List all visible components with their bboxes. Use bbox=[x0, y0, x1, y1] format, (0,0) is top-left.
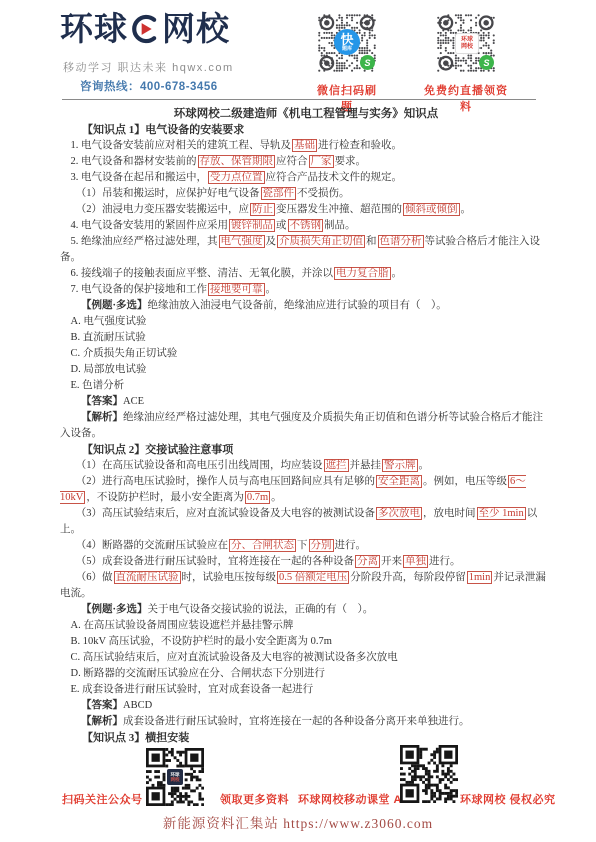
paragraph-text: 进行。 bbox=[335, 540, 367, 551]
footer-label-materials: 领取更多资料 bbox=[220, 791, 289, 807]
doc-body: 环球网校二级建造师《机电工程管理与实务》知识点【知识点 1】电气设备的安装要求1… bbox=[60, 106, 552, 746]
doc-paragraph: E. 成套设备进行耐压试验时，宜对成套设备一起进行 bbox=[60, 682, 552, 698]
knowledge-point-heading: 【知识点 2】交接试验注意事项 bbox=[60, 442, 552, 458]
doc-paragraph: 2. 电气设备和器材安装前的存放、保管期限应符合厂家要求。 bbox=[60, 154, 552, 170]
doc-paragraph: C. 高压试验结束后，应对直流试验设备及大电容的被测试设备多次放电 bbox=[60, 650, 552, 666]
doc-paragraph: 【答案】ABCD bbox=[60, 698, 552, 714]
highlighted-term: 直流耐压试验 bbox=[114, 571, 181, 584]
doc-paragraph: （4）断路器的交流耐压试验应在分、合闸状态下分别进行。 bbox=[60, 538, 552, 554]
paragraph-text: （5）成套设备进行耐压试验时，宜将连接在一起的各种设备 bbox=[76, 556, 354, 567]
paragraph-text: E. 色谱分析 bbox=[71, 380, 125, 391]
paragraph-text: 变压器发生冲撞、超范围的 bbox=[276, 204, 402, 215]
doc-paragraph: （6）做直流耐压试验时，试验电压按每级0.5 倍额定电压分阶段升高，每阶段停留1… bbox=[60, 570, 552, 602]
qr-code-app bbox=[400, 745, 458, 803]
qr-code-official-account: 环球 网校 bbox=[146, 748, 204, 806]
highlighted-term: 不锈钢 bbox=[288, 219, 324, 232]
doc-paragraph: E. 色谱分析 bbox=[60, 378, 552, 394]
paragraph-text: （1）在高压试验设备和高电压引出线周围，均应装设 bbox=[76, 460, 323, 471]
paragraph-text: ABCD bbox=[123, 700, 152, 711]
paragraph-text: 【知识点 1】电气设备的安装要求 bbox=[82, 124, 244, 136]
doc-paragraph: 4. 电气设备安装用的紧固件应采用镀锌制品或不锈钢制品。 bbox=[60, 218, 552, 234]
paragraph-text: D. 局部放电试验 bbox=[71, 364, 147, 375]
paragraph-text: B. 10kV 高压试验，不设防护栏时的最小安全距离为 0.7m bbox=[71, 636, 332, 647]
paragraph-text: 。 bbox=[419, 460, 430, 471]
logo-text-left: 环球 bbox=[60, 12, 128, 45]
logo-text-right: 网校 bbox=[162, 12, 230, 45]
paragraph-text: 【知识点 3】横担安装 bbox=[82, 732, 189, 744]
paragraph-text: （6）做 bbox=[76, 572, 113, 583]
highlighted-term: 分、合闸状态 bbox=[229, 539, 296, 552]
paragraph-text: （1）吊装和搬运时，应保护好电气设备 bbox=[76, 188, 260, 199]
highlighted-term: 遮拦 bbox=[324, 459, 349, 472]
paragraph-text: 5. 绝缘油应经严格过滤处理，其 bbox=[71, 236, 218, 247]
paragraph-label: 【例题·多选】 bbox=[81, 604, 148, 615]
highlighted-term: 瓷部件 bbox=[261, 187, 297, 200]
doc-paragraph: A. 电气强度试验 bbox=[60, 314, 552, 330]
paragraph-text: 应符合产品技术文件的规定。 bbox=[266, 172, 403, 183]
paragraph-text: 绝缘油放入油浸电气设备前，绝缘油应进行试验的项目有（ ）。 bbox=[148, 300, 447, 311]
paragraph-text: 2. 电气设备和器材安装前的 bbox=[71, 156, 197, 167]
highlighted-term: 接地要可靠 bbox=[208, 283, 265, 296]
paragraph-text: 不受损伤。 bbox=[297, 188, 350, 199]
highlighted-term: 多次放电 bbox=[376, 507, 422, 520]
footer-label-copyright: 环球网校 侵权必究 bbox=[460, 791, 556, 807]
paragraph-text: 4. 电气设备安装用的紧固件应采用 bbox=[71, 220, 229, 231]
qr-code-quiz: 快 题库 S bbox=[318, 14, 376, 72]
paragraph-text: 要求。 bbox=[335, 156, 367, 167]
paragraph-text: C. 介质损失角正切试验 bbox=[71, 348, 178, 359]
paragraph-text: 关于电气设备交接试验的说法，正确的有（ ）。 bbox=[148, 604, 374, 615]
doc-paragraph: 【解析】绝缘油应经严格过滤处理，其电气强度及介质损失角正切值和色谱分析等试验合格… bbox=[60, 410, 552, 442]
knowledge-point-heading: 【知识点 3】横担安装 bbox=[60, 730, 552, 746]
doc-paragraph: （1）在高压试验设备和高电压引出线周围，均应装设遮拦并悬挂警示牌。 bbox=[60, 458, 552, 474]
doc-paragraph: （2）进行高电压试验时，操作人员与高电压回路间应具有足够的安全距离。例如，电压等… bbox=[60, 474, 552, 506]
highlighted-term: 1min bbox=[467, 571, 493, 584]
knowledge-point-heading: 【知识点 1】电气设备的安装要求 bbox=[60, 122, 552, 138]
highlighted-term: 受力点位置 bbox=[208, 171, 265, 184]
highlighted-term: 至少 1min bbox=[477, 507, 526, 520]
paragraph-label: 【解析】 bbox=[81, 716, 123, 727]
qr-code-live: 环球 网校 S bbox=[437, 14, 495, 72]
paragraph-text: 并悬挂 bbox=[350, 460, 382, 471]
doc-title: 环球网校二级建造师《机电工程管理与实务》知识点 bbox=[60, 106, 552, 122]
paragraph-text: 分阶段升高，每阶段停留 bbox=[350, 572, 466, 583]
doc-paragraph: D. 局部放电试验 bbox=[60, 362, 552, 378]
highlighted-term: 存放、保管期限 bbox=[198, 155, 276, 168]
highlighted-term: 镀锌制品 bbox=[229, 219, 275, 232]
brand-logo: 环球 网校 bbox=[60, 12, 230, 45]
paragraph-text: A. 在高压试验设备周围应装设遮栏并悬挂警示牌 bbox=[71, 620, 294, 631]
paragraph-text: C. 高压试验结束后，应对直流试验设备及大电容的被测试设备多次放电 bbox=[71, 652, 398, 663]
highlighted-term: 电气强度 bbox=[219, 235, 265, 248]
paragraph-text: （3）高压试验结束后，应对直流试验设备及大电容的被测试设备 bbox=[76, 508, 375, 519]
highlighted-term: 倾斜或倾倒 bbox=[403, 203, 460, 216]
paragraph-text: 绝缘油应经严格过滤处理，其电气强度及介质损失角正切值和色谱分析等试验合格后才能注… bbox=[60, 412, 543, 439]
highlighted-term: 单独 bbox=[403, 555, 428, 568]
highlighted-term: 厂家 bbox=[309, 155, 334, 168]
doc-paragraph: （5）成套设备进行耐压试验时，宜将连接在一起的各种设备分离开来单独进行。 bbox=[60, 554, 552, 570]
paragraph-text: 。 bbox=[392, 268, 403, 279]
highlighted-term: 安全距离 bbox=[376, 475, 422, 488]
doc-paragraph: A. 在高压试验设备周围应装设遮栏并悬挂警示牌 bbox=[60, 618, 552, 634]
doc-paragraph: （2）油浸电力变压器安装搬运中，应防止变压器发生冲撞、超范围的倾斜或倾倒。 bbox=[60, 202, 552, 218]
official-account-badge: 环球 网校 bbox=[167, 769, 183, 785]
paragraph-text: 3. 电气设备在起吊和搬运中， bbox=[71, 172, 208, 183]
highlighted-term: 防止 bbox=[250, 203, 275, 216]
paragraph-text: 进行。 bbox=[429, 556, 461, 567]
paragraph-text: 6. 接线端子的接触表面应平整、清洁、无氧化膜，并涂以 bbox=[71, 268, 334, 279]
paragraph-text: 制品。 bbox=[324, 220, 356, 231]
doc-paragraph: B. 10kV 高压试验，不设防护栏时的最小安全距离为 0.7m bbox=[60, 634, 552, 650]
site-link[interactable]: 新能源资料汇集站 https://www.z3060.com bbox=[0, 812, 596, 832]
paragraph-text: 或 bbox=[276, 220, 287, 231]
doc-paragraph: 1. 电气设备安装前应对相关的建筑工程、导轨及基础进行检查和验收。 bbox=[60, 138, 552, 154]
doc-paragraph: 5. 绝缘油应经严格过滤处理，其电气强度及介质损失角正切值和色谱分析等试验合格后… bbox=[60, 234, 552, 266]
paragraph-label: 【解析】 bbox=[81, 412, 123, 423]
highlighted-term: 基础 bbox=[292, 139, 317, 152]
paragraph-text: E. 成套设备进行耐压试验时，宜对成套设备一起进行 bbox=[71, 684, 314, 695]
highlighted-term: 电力复合脂 bbox=[334, 267, 391, 280]
document-page: 环球 网校 移动学习 职达未来 hqwx.com 咨询热线：400-678-34… bbox=[0, 0, 596, 842]
paragraph-text: （2）进行高电压试验时，操作人员与高电压回路间应具有足够的 bbox=[76, 476, 375, 487]
highlighted-term: 0.5 倍额定电压 bbox=[277, 571, 349, 584]
paragraph-text: 【知识点 2】交接试验注意事项 bbox=[82, 444, 233, 456]
paragraph-text: 1. 电气设备安装前应对相关的建筑工程、导轨及 bbox=[71, 140, 292, 151]
doc-paragraph: C. 介质损失角正切试验 bbox=[60, 346, 552, 362]
paragraph-text: A. 电气强度试验 bbox=[71, 316, 147, 327]
paragraph-label: 【例题·多选】 bbox=[81, 300, 148, 311]
paragraph-text: 应符合 bbox=[276, 156, 308, 167]
paragraph-text: 。例如，电压等级 bbox=[423, 476, 507, 487]
footer-label-follow: 扫码关注公众号 bbox=[62, 791, 143, 807]
doc-paragraph: D. 断路器的交流耐压试验应在分、合闸状态下分别进行 bbox=[60, 666, 552, 682]
highlighted-term: 警示牌 bbox=[382, 459, 418, 472]
paragraph-label: 【答案】 bbox=[81, 396, 123, 407]
paragraph-text: 下 bbox=[297, 540, 308, 551]
paragraph-text: 7. 电气设备的保护接地和工作 bbox=[71, 284, 208, 295]
doc-paragraph: 【解析】成套设备进行耐压试验时，宜将连接在一起的各种设备分离开来单独进行。 bbox=[60, 714, 552, 730]
doc-paragraph: 7. 电气设备的保护接地和工作接地要可靠。 bbox=[60, 282, 552, 298]
paragraph-text: ，放电时间 bbox=[423, 508, 476, 519]
paragraph-text: ACE bbox=[123, 396, 144, 407]
highlighted-term: 分离 bbox=[355, 555, 380, 568]
paragraph-text: 环球网校二级建造师《机电工程管理与实务》知识点 bbox=[174, 108, 439, 120]
paragraph-text: 成套设备进行耐压试验时，宜将连接在一起的各种设备分离开来单独进行。 bbox=[123, 716, 470, 727]
paragraph-text: 及 bbox=[266, 236, 277, 247]
doc-paragraph: 6. 接线端子的接触表面应平整、清洁、无氧化膜，并涂以电力复合脂。 bbox=[60, 266, 552, 282]
miniprogram-icon: S bbox=[479, 55, 494, 70]
miniprogram-icon: S bbox=[360, 55, 375, 70]
paragraph-label: 【答案】 bbox=[81, 700, 123, 711]
paragraph-text: （2）油浸电力变压器安装搬运中，应 bbox=[76, 204, 249, 215]
doc-paragraph: （3）高压试验结束后，应对直流试验设备及大电容的被测试设备多次放电，放电时间至少… bbox=[60, 506, 552, 538]
doc-paragraph: 【例题·多选】绝缘油放入油浸电气设备前，绝缘油应进行试验的项目有（ ）。 bbox=[60, 298, 552, 314]
paragraph-text: 和 bbox=[366, 236, 377, 247]
paragraph-text: 。 bbox=[461, 204, 472, 215]
paragraph-text: 进行检查和验收。 bbox=[318, 140, 402, 151]
highlighted-term: 0.7m bbox=[245, 491, 270, 504]
play-icon bbox=[130, 14, 160, 44]
paragraph-text: 。 bbox=[266, 284, 277, 295]
doc-paragraph: （1）吊装和搬运时，应保护好电气设备瓷部件不受损伤。 bbox=[60, 186, 552, 202]
paragraph-text: ，不设防护栏时，最小安全距离为 bbox=[86, 492, 244, 503]
highlighted-term: 色谱分析 bbox=[378, 235, 424, 248]
paragraph-text: 。 bbox=[271, 492, 282, 503]
paragraph-text: 开来 bbox=[381, 556, 402, 567]
doc-paragraph: 【例题·多选】关于电气设备交接试验的说法，正确的有（ ）。 bbox=[60, 602, 552, 618]
live-badge: 环球 网校 bbox=[455, 33, 479, 54]
paragraph-text: （4）断路器的交流耐压试验应在 bbox=[76, 540, 228, 551]
tagline: 移动学习 职达未来 hqwx.com bbox=[63, 59, 234, 75]
highlighted-term: 分别 bbox=[309, 539, 334, 552]
doc-paragraph: 【答案】ACE bbox=[60, 394, 552, 410]
doc-paragraph: 3. 电气设备在起吊和搬运中，受力点位置应符合产品技术文件的规定。 bbox=[60, 170, 552, 186]
paragraph-text: D. 断路器的交流耐压试验应在分、合闸状态下分别进行 bbox=[71, 668, 325, 679]
hotline: 咨询热线：400-678-3456 bbox=[80, 78, 218, 94]
quiz-badge: 快 题库 bbox=[334, 29, 360, 55]
paragraph-text: 时，试验电压按每级 bbox=[182, 572, 277, 583]
paragraph-text: B. 直流耐压试验 bbox=[71, 332, 146, 343]
doc-paragraph: B. 直流耐压试验 bbox=[60, 330, 552, 346]
highlighted-term: 介质损失角正切值 bbox=[277, 235, 365, 248]
